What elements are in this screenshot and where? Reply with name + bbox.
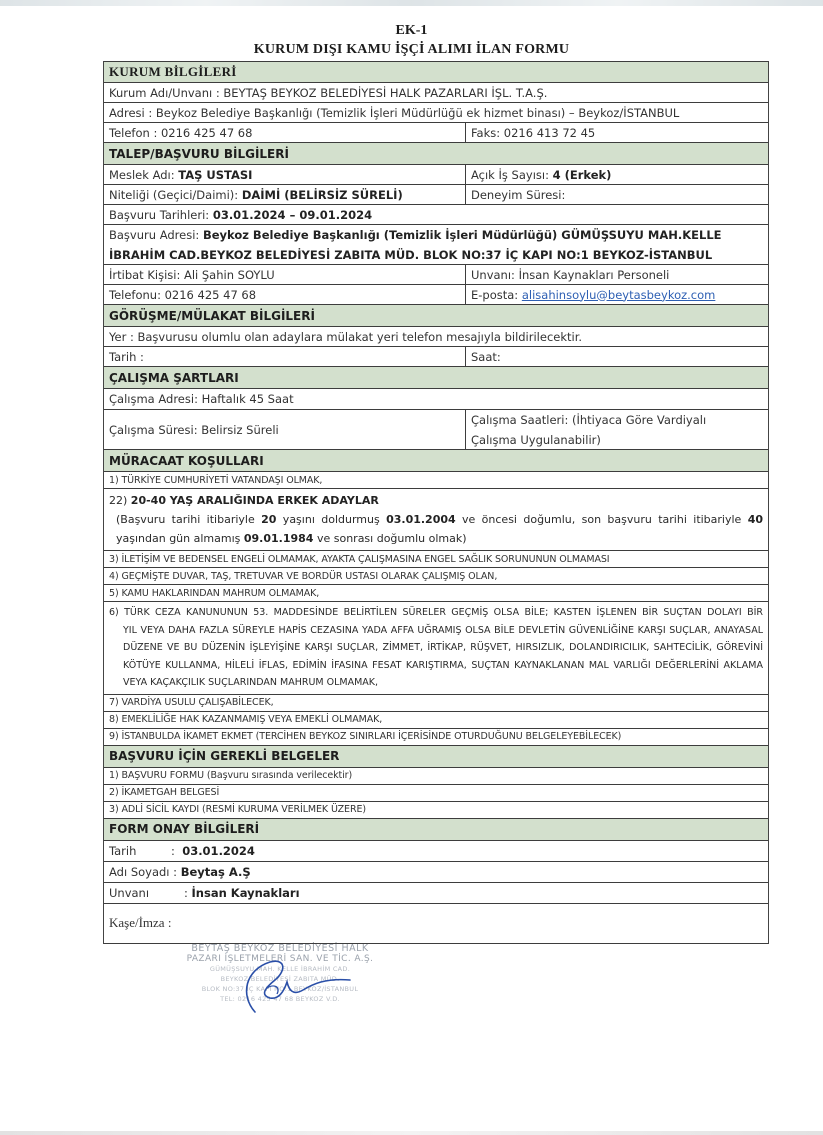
contact-title: Unvanı: İnsan Kaynakları Personeli [466, 265, 768, 284]
section-title: MÜRACAAT KOŞULLARI [109, 454, 264, 468]
contact-phone: Telefonu: 0216 425 47 68 [104, 285, 466, 304]
address-line-1: Beykoz Belediye Başkanlığı (Temizlik İşl… [203, 228, 722, 242]
condition-4: 4) GEÇMİŞTE DUVAR, TAŞ, TRETUVAR VE BORD… [104, 568, 768, 585]
profession-row: Meslek Adı: TAŞ USTASI Açık İş Sayısı: 4… [104, 165, 768, 185]
interview-place: Yer : Başvurusu olumlu olan adaylara mül… [104, 327, 768, 346]
section-talep-header: TALEP/BAŞVURU BİLGİLERİ [104, 143, 768, 165]
document-3: 3) ADLİ SİCİL KAYDI (RESMİ KURUMA VERİLM… [104, 802, 768, 819]
dates-row: Başvuru Tarihleri: 03.01.2024 – 09.01.20… [104, 205, 768, 225]
condition-text: 3) İLETİŞİM VE BEDENSEL ENGELİ OLMAMAK, … [104, 551, 768, 567]
approval-name-value: Beytaş A.Ş [181, 865, 251, 879]
application-address: Başvuru Adresi: Beykoz Belediye Başkanlı… [104, 225, 768, 264]
section-calisma-header: ÇALIŞMA ŞARTLARI [104, 367, 768, 389]
annex-label: EK-1 [0, 22, 823, 40]
separator: : [171, 844, 175, 858]
employment-type: Niteliği (Geçici/Daimi): DAİMİ (BELİRSİZ… [104, 185, 466, 204]
approval-title: Unvanı: İnsan Kaynakları [104, 883, 768, 903]
condition-1: 1) TÜRKİYE CUMHURİYETİ VATANDAŞI OLMAK, [104, 472, 768, 489]
approval-name-label: Adı Soyadı [109, 865, 170, 879]
document-2: 2) İKAMETGAH BELGESİ [104, 785, 768, 802]
profession: Meslek Adı: TAŞ USTASI [104, 165, 466, 184]
approval-date-row: Tarih: 03.01.2024 [104, 841, 768, 862]
condition-criminal-record: 6) TÜRK CEZA KANUNUNUN 53. MADDESİNDE BE… [104, 602, 768, 694]
approval-date: Tarih: 03.01.2024 [104, 841, 768, 861]
profession-value: TAŞ USTASI [178, 168, 252, 182]
openings: Açık İş Sayısı: 4 (Erkek) [466, 165, 768, 184]
stamp-signature-row: Kaşe/İmza : [104, 904, 768, 944]
contact-row: İrtibat Kişisi: Ali Şahin SOYLU Unvanı: … [104, 265, 768, 285]
section-muracaat-header: MÜRACAAT KOŞULLARI [104, 450, 768, 472]
condition-6: 6) TÜRK CEZA KANUNUNUN 53. MADDESİNDE BE… [104, 602, 768, 695]
section-title: ÇALIŞMA ŞARTLARI [109, 371, 239, 385]
interview-date: Tarih : [104, 347, 466, 366]
kurum-contact-row: Telefon : 0216 425 47 68 Faks: 0216 413 … [104, 123, 768, 143]
condition-7: 7) VARDİYA USULU ÇALIŞABİLECEK, [104, 695, 768, 712]
application-form: KURUM BİLGİLERİ Kurum Adı/Unvanı : BEYTA… [103, 61, 769, 944]
condition-3: 3) İLETİŞİM VE BEDENSEL ENGELİ OLMAMAK, … [104, 551, 768, 568]
condition-2: 22) 20-40 YAŞ ARALIĞINDA ERKEK ADAYLAR (… [104, 489, 768, 551]
document-text: 2) İKAMETGAH BELGESİ [104, 785, 768, 801]
scan-edge [0, 0, 823, 6]
section-title: KURUM BİLGİLERİ [109, 64, 237, 80]
institution-fax: Faks: 0216 413 72 45 [466, 123, 768, 142]
type-value: DAİMİ (BELİRSİZ SÜRELİ) [242, 188, 403, 202]
section-title: TALEP/BAŞVURU BİLGİLERİ [109, 147, 289, 161]
type-label: Niteliği (Geçici/Daimi): [109, 188, 238, 202]
approval-date-value: 03.01.2024 [182, 844, 255, 858]
condition-9: 9) İSTANBULDA İKAMET EKMET (TERCİHEN BEY… [104, 729, 768, 746]
section-title: FORM ONAY BİLGİLERİ [109, 822, 259, 836]
kurum-name-row: Kurum Adı/Unvanı : BEYTAŞ BEYKOZ BELEDİY… [104, 83, 768, 103]
email-link[interactable]: alisahinsoylu@beytasbeykoz.com [522, 288, 716, 302]
birth-date-max: 03.01.2004 [386, 513, 456, 526]
work-hours-line-1: Çalışma Saatleri: (İhtiyaca Göre Vardiya… [471, 410, 706, 430]
approval-date-label: Tarih [109, 844, 171, 858]
type-row: Niteliği (Geçici/Daimi): DAİMİ (BELİRSİZ… [104, 185, 768, 205]
document-title: EK-1 KURUM DIŞI KAMU İŞÇİ ALIMI İLAN FOR… [0, 22, 823, 60]
section-title: BAŞVURU İÇİN GEREKLİ BELGELER [109, 749, 339, 763]
condition-text-line-1: 6) TÜRK CEZA KANUNUNUN 53. MADDESİNDE BE… [109, 604, 763, 622]
work-duration: Çalışma Süresi: Belirsiz Süreli [104, 410, 466, 449]
interview-datetime-row: Tarih : Saat: [104, 347, 768, 367]
work-address-row: Çalışma Adresi: Haftalık 45 Saat [104, 389, 768, 410]
interview-place-row: Yer : Başvurusu olumlu olan adaylara mül… [104, 327, 768, 347]
openings-value: 4 (Erkek) [553, 168, 612, 182]
condition-8: 8) EMEKLİLİĞE HAK KAZANMAMIŞ VEYA EMEKLİ… [104, 712, 768, 729]
document-text: 1) BAŞVURU FORMU (Başvuru sırasında veri… [104, 768, 768, 784]
min-age: 20 [261, 513, 276, 526]
contact-person: İrtibat Kişisi: Ali Şahin SOYLU [104, 265, 466, 284]
text: ve öncesi doğumlu, son başvuru tarihi it… [456, 513, 748, 526]
condition-text-rest: YIL VEYA DAHA FAZLA SÜREYLE HAPİS CEZASI… [109, 622, 763, 692]
dates-value: 03.01.2024 – 09.01.2024 [213, 208, 372, 222]
scan-edge [0, 1131, 823, 1135]
max-age: 40 [748, 513, 763, 526]
section-kurum-header: KURUM BİLGİLERİ [104, 61, 768, 83]
condition-number: 22) [109, 494, 131, 507]
signature-icon [215, 950, 375, 1020]
institution-name: Kurum Adı/Unvanı : BEYTAŞ BEYKOZ BELEDİY… [104, 83, 768, 102]
experience: Deneyim Süresi: [466, 185, 768, 204]
work-address: Çalışma Adresi: Haftalık 45 Saat [104, 389, 768, 409]
birth-date-min: 09.01.1984 [244, 532, 314, 545]
condition-age: 22) 20-40 YAŞ ARALIĞINDA ERKEK ADAYLAR (… [104, 489, 768, 550]
institution-address: Adresi : Beykoz Belediye Başkanlığı (Tem… [104, 103, 768, 122]
condition-text: 4) GEÇMİŞTE DUVAR, TAŞ, TRETUVAR VE BORD… [104, 568, 768, 584]
condition-5: 5) KAMU HAKLARINDAN MAHRUM OLMAMAK, [104, 585, 768, 602]
institution-phone: Telefon : 0216 425 47 68 [104, 123, 466, 142]
condition-title: 20-40 YAŞ ARALIĞINDA ERKEK ADAYLAR [131, 494, 379, 507]
text: yaşından gün almamış [116, 532, 244, 545]
approval-name: Adı Soyadı : Beytaş A.Ş [104, 862, 768, 882]
contact-phone-row: Telefonu: 0216 425 47 68 E-posta: alisah… [104, 285, 768, 305]
approval-title-label: Unvanı [109, 886, 184, 900]
application-address-row: Başvuru Adresi: Beykoz Belediye Başkanlı… [104, 225, 768, 265]
condition-text: 1) TÜRKİYE CUMHURİYETİ VATANDAŞI OLMAK, [104, 472, 768, 488]
profession-label: Meslek Adı: [109, 168, 175, 182]
openings-label: Açık İş Sayısı: [471, 168, 549, 182]
separator: : [184, 886, 188, 900]
stamp-signature-label: Kaşe/İmza : [104, 915, 768, 931]
section-mulakat-header: GÖRÜŞME/MÜLAKAT BİLGİLERİ [104, 305, 768, 327]
work-hours-line-2: Çalışma Uygulanabilir) [471, 430, 601, 450]
condition-text: 8) EMEKLİLİĞE HAK KAZANMAMIŞ VEYA EMEKLİ… [104, 712, 768, 728]
kurum-address-row: Adresi : Beykoz Belediye Başkanlığı (Tem… [104, 103, 768, 123]
section-belgeler-header: BAŞVURU İÇİN GEREKLİ BELGELER [104, 746, 768, 768]
text: ve sonrası doğumlu olmak) [313, 532, 466, 545]
section-onay-header: FORM ONAY BİLGİLERİ [104, 819, 768, 841]
email-label: E-posta: [471, 288, 518, 302]
dates-label: Başvuru Tarihleri: [109, 208, 209, 222]
approval-title-value: İnsan Kaynakları [192, 886, 300, 900]
work-hours: Çalışma Saatleri: (İhtiyaca Göre Vardiya… [466, 410, 768, 449]
address-label: Başvuru Adresi: [109, 228, 203, 242]
work-duration-row: Çalışma Süresi: Belirsiz Süreli Çalışma … [104, 410, 768, 450]
approval-title-row: Unvanı: İnsan Kaynakları [104, 883, 768, 904]
document-text: 3) ADLİ SİCİL KAYDI (RESMİ KURUMA VERİLM… [104, 802, 768, 818]
contact-email: E-posta: alisahinsoylu@beytasbeykoz.com [466, 285, 768, 304]
address-line-2: İBRAHİM CAD.BEYKOZ BELEDİYESİ ZABITA MÜD… [109, 245, 712, 265]
approval-name-row: Adı Soyadı : Beytaş A.Ş [104, 862, 768, 883]
text: (Başvuru tarihi itibariyle [116, 513, 261, 526]
interview-time: Saat: [466, 347, 768, 366]
condition-text: 7) VARDİYA USULU ÇALIŞABİLECEK, [104, 695, 768, 711]
condition-text: 5) KAMU HAKLARINDAN MAHRUM OLMAMAK, [104, 585, 768, 601]
section-title: GÖRÜŞME/MÜLAKAT BİLGİLERİ [109, 309, 315, 323]
text: yaşını doldurmuş [276, 513, 386, 526]
document-1: 1) BAŞVURU FORMU (Başvuru sırasında veri… [104, 768, 768, 785]
condition-age-detail: (Başvuru tarihi itibariyle 20 yaşını dol… [109, 510, 763, 548]
separator: : [173, 865, 177, 879]
condition-text: 9) İSTANBULDA İKAMET EKMET (TERCİHEN BEY… [104, 729, 768, 745]
form-title: KURUM DIŞI KAMU İŞÇİ ALIMI İLAN FORMU [0, 40, 823, 60]
application-dates: Başvuru Tarihleri: 03.01.2024 – 09.01.20… [104, 205, 768, 224]
